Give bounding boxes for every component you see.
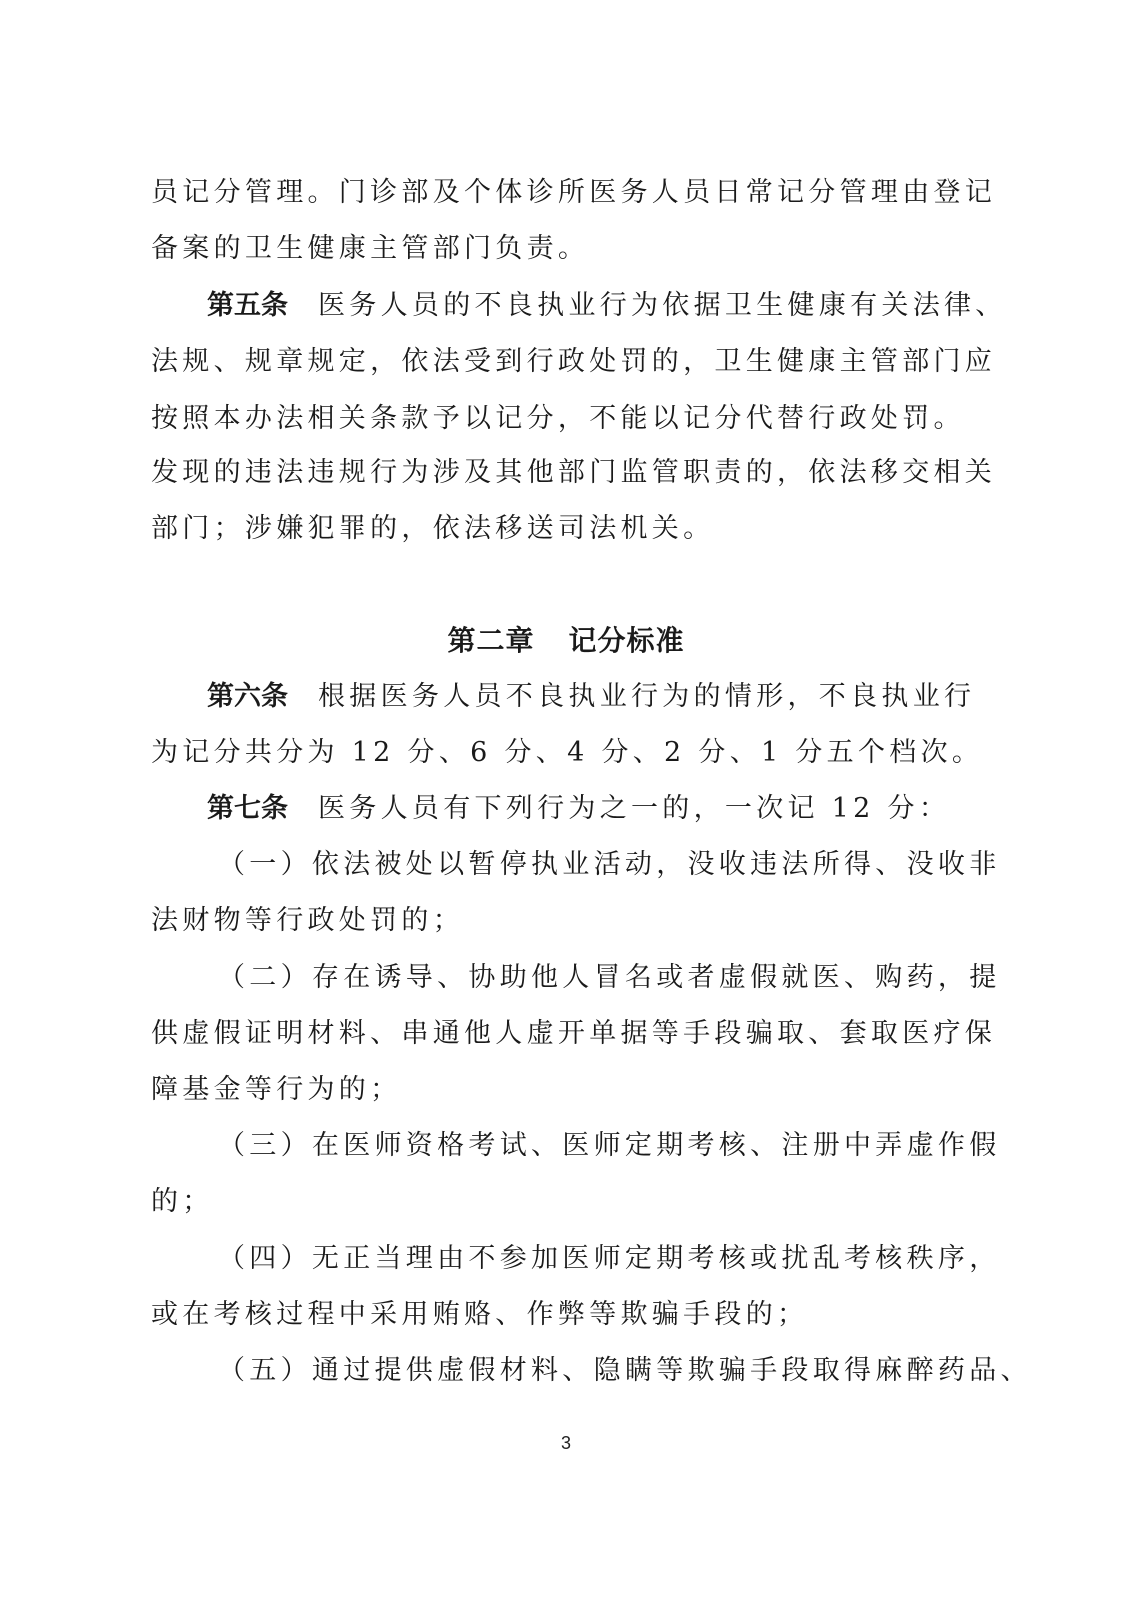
chapter-number: 第二章	[447, 624, 534, 657]
body-text: 医务人员有下列行为之一的，一次记 12 分：	[318, 793, 950, 824]
list-item-line: （二）存在诱导、协助他人冒名或者虚假就医、购药，提	[218, 960, 963, 996]
list-item-line: 或在考核过程中采用贿赂、作弊等欺骗手段的；	[151, 1297, 963, 1333]
body-text-line: 按照本办法相关条款予以记分，不能以记分代替行政处罚。	[151, 401, 963, 437]
list-item-line: 的；	[151, 1184, 963, 1220]
list-item-line: （四）无正当理由不参加医师定期考核或扰乱考核秩序，	[218, 1241, 963, 1277]
chapter-title: 记分标准	[569, 624, 685, 657]
document-page: 员记分管理。门诊部及个体诊所医务人员日常记分管理由登记 备案的卫生健康主管部门负…	[0, 0, 1132, 1600]
body-text-line: 备案的卫生健康主管部门负责。	[151, 231, 963, 267]
list-item-line: 障基金等行为的；	[151, 1072, 963, 1108]
article-heading: 第七条	[207, 793, 288, 824]
list-item-line: 供虚假证明材料、串通他人虚开单据等手段骗取、套取医疗保	[151, 1016, 963, 1052]
list-item-line: 法财物等行政处罚的；	[151, 903, 963, 939]
article-heading: 第六条	[207, 681, 288, 712]
article-heading: 第五条	[207, 290, 288, 321]
body-text: 根据医务人员不良执业行为的情形，不良执业行	[318, 681, 975, 712]
body-text-line: 发现的违法违规行为涉及其他部门监管职责的，依法移交相关	[151, 455, 963, 491]
article-7-first-line: 第七条医务人员有下列行为之一的，一次记 12 分：	[207, 791, 963, 827]
body-text-line: 为记分共分为 12 分、6 分、4 分、2 分、1 分五个档次。	[151, 735, 963, 771]
list-item-line: （三）在医师资格考试、医师定期考核、注册中弄虚作假	[218, 1128, 963, 1164]
article-5-first-line: 第五条医务人员的不良执业行为依据卫生健康有关法律、	[207, 288, 963, 324]
body-text: 医务人员的不良执业行为依据卫生健康有关法律、	[318, 290, 1007, 321]
article-6-first-line: 第六条根据医务人员不良执业行为的情形，不良执业行	[207, 679, 963, 715]
page-number: 3	[0, 1432, 1132, 1454]
body-text-line: 部门；涉嫌犯罪的，依法移送司法机关。	[151, 511, 963, 547]
list-item-line: （五）通过提供虚假材料、隐瞒等欺骗手段取得麻醉药品、	[218, 1353, 963, 1389]
list-item-line: （一）依法被处以暂停执业活动，没收违法所得、没收非	[218, 847, 963, 883]
body-text-line: 法规、规章规定，依法受到行政处罚的，卫生健康主管部门应	[151, 344, 963, 380]
body-text-line: 员记分管理。门诊部及个体诊所医务人员日常记分管理由登记	[151, 175, 963, 211]
chapter-heading: 第二章记分标准	[0, 622, 1132, 660]
